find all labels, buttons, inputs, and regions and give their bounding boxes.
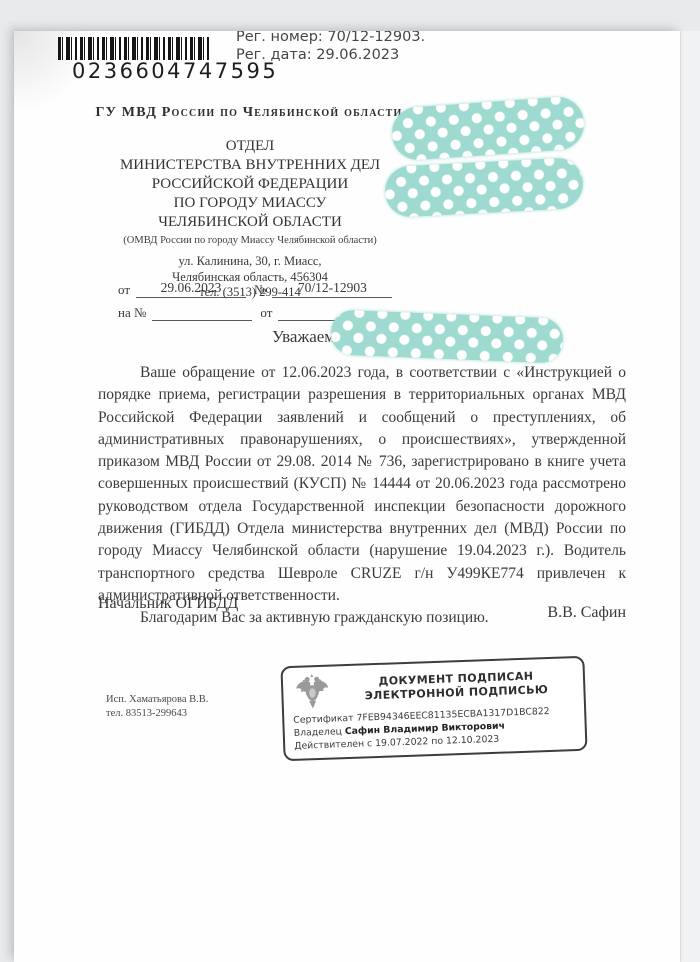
outgoing-number: 70/12-12903 xyxy=(272,280,392,298)
redaction-blob xyxy=(330,309,564,363)
signer-position: Начальник ОГИБДД xyxy=(98,595,238,613)
mvd-eagle-emblem-icon xyxy=(292,672,333,711)
executor-name: Исп. Хаматьярова В.В. xyxy=(106,693,208,707)
registration-info: Рег. номер: 70/12-12903. Рег. дата: 29.0… xyxy=(236,31,425,64)
signer-name: В.В. Сафин xyxy=(547,604,626,622)
stamp-header: ДОКУМЕНТ ПОДПИСАН ЭЛЕКТРОННОЙ ПОДПИСЬЮ xyxy=(292,663,575,711)
org-name-line: РОССИЙСКОЙ ФЕДЕРАЦИИ xyxy=(110,175,390,194)
executor-phone: тел. 83513-299643 xyxy=(106,707,208,721)
org-name-line: ЧЕЛЯБИНСКОЙ ОБЛАСТИ xyxy=(110,213,390,232)
incoming-number-blank xyxy=(152,319,252,321)
outgoing-ref-row: от 29.06.2023 № 70/12-12903 xyxy=(118,280,418,298)
stamp-details: Сертификат 7FEB94346EEC81135ECBA1317D1BC… xyxy=(293,705,576,753)
org-name-line: ПО ГОРОДУ МИАССУ xyxy=(110,194,390,213)
body-paragraph-1: Ваше обращение от 12.06.2023 года, в соо… xyxy=(98,362,626,607)
reg-number-line: Рег. номер: 70/12-12903. xyxy=(236,31,425,46)
certificate-label: Сертификат xyxy=(293,713,354,726)
from-label: от xyxy=(118,282,130,298)
org-name-block: ОТДЕЛ МИНИСТЕРСТВА ВНУТРЕННИХ ДЕЛ РОССИЙ… xyxy=(110,137,390,301)
letter-body: Ваше обращение от 12.06.2023 года, в соо… xyxy=(98,362,626,630)
address-line: ул. Калинина, 30, г. Миасс, xyxy=(110,254,390,270)
number-sign-label: № xyxy=(254,282,266,298)
redaction-blob xyxy=(384,157,584,218)
owner-label: Владелец xyxy=(294,726,343,739)
reg-date-line: Рег. дата: 29.06.2023 xyxy=(236,46,425,64)
org-short-name: (ОМВД России по городу Миассу Челябинско… xyxy=(110,235,390,246)
org-name-line: МИНИСТЕРСТВА ВНУТРЕННИХ ДЕЛ xyxy=(110,156,390,175)
signature-row: Начальник ОГИБДД В.В. Сафин xyxy=(98,595,626,622)
barcode-icon xyxy=(58,37,210,60)
parent-org-header: ГУ МВД России по Челябинской области xyxy=(74,105,424,121)
reply-to-label: на № xyxy=(118,305,146,321)
outgoing-date: 29.06.2023 xyxy=(136,280,246,298)
reply-from-label: от xyxy=(260,305,272,321)
esign-stamp: ДОКУМЕНТ ПОДПИСАН ЭЛЕКТРОННОЙ ПОДПИСЬЮ С… xyxy=(280,656,587,762)
org-name-line: ОТДЕЛ xyxy=(110,137,390,156)
stamp-title: ДОКУМЕНТ ПОДПИСАН ЭЛЕКТРОННОЙ ПОДПИСЬЮ xyxy=(338,668,575,704)
scan-background-strip xyxy=(680,31,700,962)
executor-block: Исп. Хаматьярова В.В. тел. 83513-299643 xyxy=(106,693,208,720)
document-page: 0236604747595 Рег. номер: 70/12-12903. Р… xyxy=(14,31,680,962)
